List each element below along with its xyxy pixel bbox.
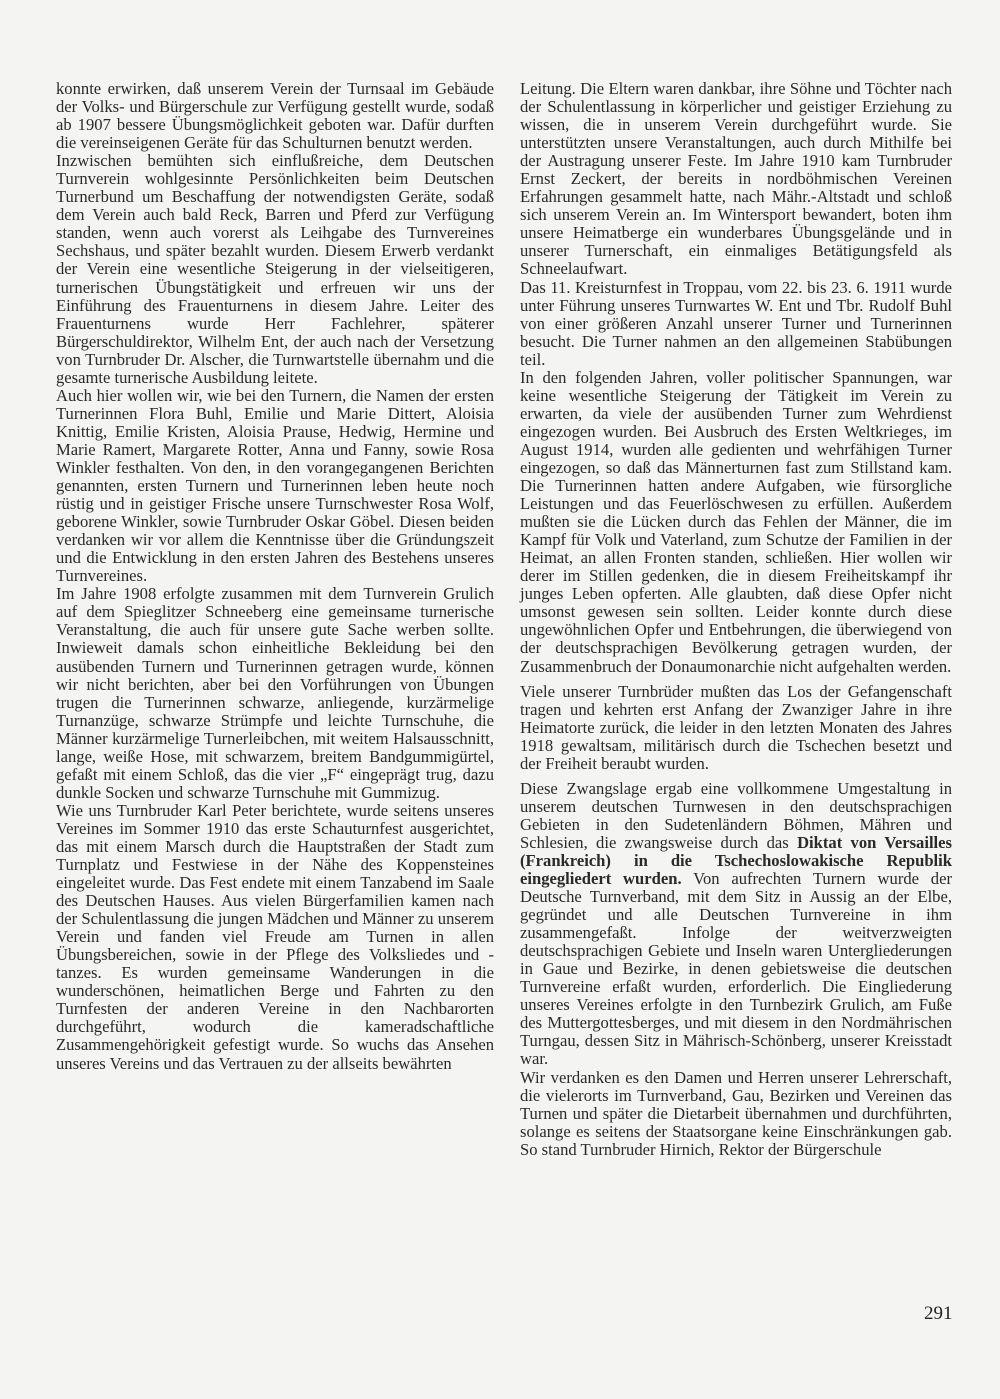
paragraph: Wir verdanken es den Damen und Herren un…: [520, 1069, 952, 1159]
paragraph: In den folgenden Jahren, voller politisc…: [520, 369, 952, 676]
page-number: 291: [924, 1303, 953, 1325]
paragraph: Diese Zwangslage ergab eine vollkommene …: [520, 780, 952, 1069]
document-page: konnte erwirken, daß unserem Verein der …: [0, 0, 1000, 1399]
paragraph: konnte erwirken, daß unserem Verein der …: [56, 80, 494, 152]
paragraph: Viele unserer Turnbrüder mußten das Los …: [520, 683, 952, 773]
right-text-column: Leitung. Die Eltern waren dankbar, ihre …: [520, 80, 952, 1159]
paragraph: Leitung. Die Eltern waren dankbar, ihre …: [520, 80, 952, 279]
paragraph: Das 11. Kreisturnfest in Troppau, vom 22…: [520, 279, 952, 369]
paragraph-text: Von aufrechten Turnern wurde der Deutsch…: [520, 869, 952, 1068]
paragraph: Inzwischen bemühten sich einflußreiche, …: [56, 152, 494, 387]
left-text-column: konnte erwirken, daß unserem Verein der …: [56, 80, 494, 1073]
paragraph: Wie uns Turnbruder Karl Peter berichtete…: [56, 802, 494, 1073]
paragraph: Auch hier wollen wir, wie bei den Turner…: [56, 387, 494, 586]
paragraph: Im Jahre 1908 erfolgte zusammen mit dem …: [56, 585, 494, 802]
